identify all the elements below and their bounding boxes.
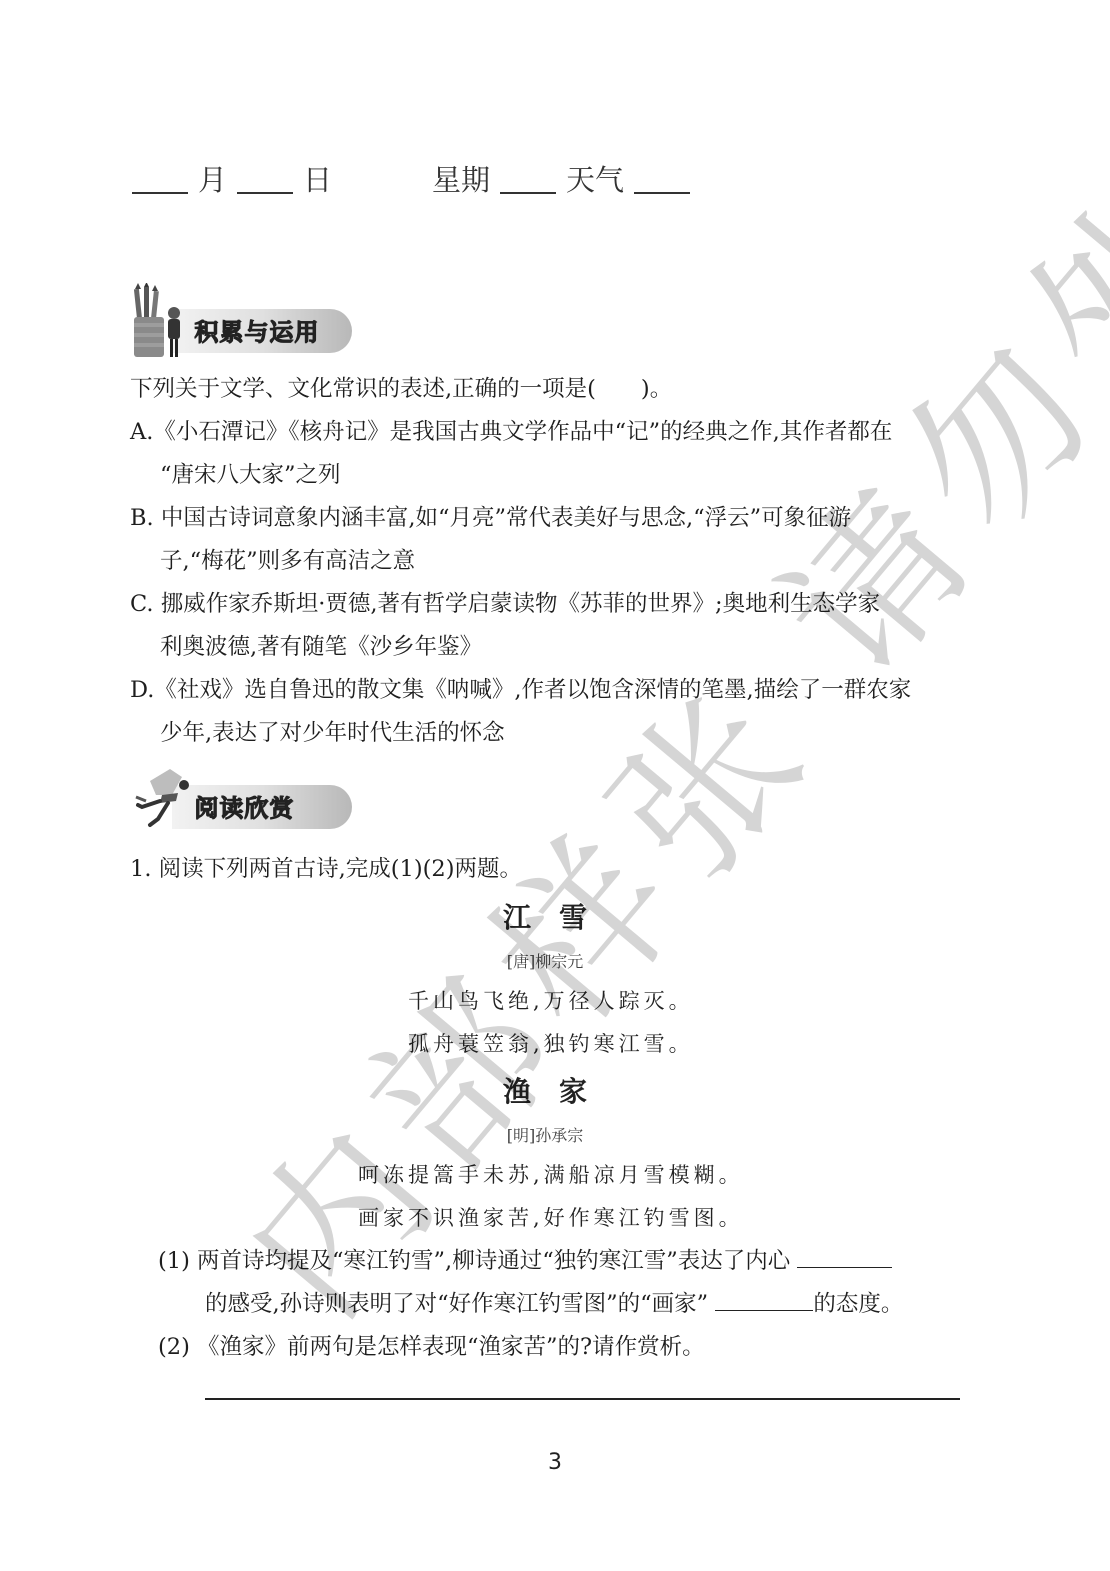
sub-question-text: 两首诗均提及“寒江钓雪”,柳诗通过“独钓寒江雪”表达了内心: [197, 1248, 790, 1274]
option-b[interactable]: B. 中国古诗词意象内涵丰富,如“月亮”常代表美好与思念,“浮云”可象征游: [130, 497, 851, 540]
option-label: D.: [130, 677, 154, 703]
sub-question-2: (2) 《渔家》前两句是怎样表现“渔家苦”的?请作赏析。: [158, 1326, 705, 1369]
month-label: 月: [198, 160, 227, 200]
poem-title: 江 雪: [0, 896, 1090, 939]
weekday-blank[interactable]: [500, 162, 556, 194]
option-text: 中国古诗词意象内涵丰富,如“月亮”常代表美好与思念,“浮云”可象征游: [161, 505, 851, 531]
option-text: 挪威作家乔斯坦·贾德,著有哲学启蒙读物《苏菲的世界》;奥地利生态学家: [161, 591, 880, 617]
workbook-page: 月 日 星期 天气 积累与运用 下列关于文学、文化常识的表述,正确的一项是: [0, 0, 1110, 1571]
answer-blank-1[interactable]: [797, 1241, 892, 1268]
option-d[interactable]: D.《社戏》选自鲁迅的散文集《呐喊》,作者以饱含深情的笔墨,描绘了一群农家: [130, 669, 911, 712]
option-label: C.: [130, 591, 154, 617]
answer-blank-2[interactable]: [715, 1284, 813, 1311]
sub-question-1-continued: 的感受,孙诗则表明了对“好作寒江钓雪图”的“画家” 的态度。: [205, 1283, 903, 1326]
answer-line[interactable]: [205, 1398, 960, 1400]
weather-blank[interactable]: [634, 162, 690, 194]
option-label: A.: [130, 419, 153, 445]
page-number: 3: [0, 1450, 1110, 1475]
day-label: 日: [303, 160, 332, 200]
sub-question-text: 的感受,孙诗则表明了对“好作寒江钓雪图”的“画家”: [205, 1291, 708, 1317]
weather-label: 天气: [566, 160, 624, 200]
poem-line: 千山鸟飞绝,万径人踪灭。: [408, 980, 694, 1023]
month-blank[interactable]: [132, 162, 188, 194]
option-d-continued: 少年,表达了对少年时代生活的怀念: [130, 712, 505, 755]
sub-question-text: 《渔家》前两句是怎样表现“渔家苦”的?请作赏析。: [197, 1334, 705, 1360]
poem-author: [唐]柳宗元: [0, 940, 1090, 983]
section-title: 阅读欣赏: [194, 788, 294, 823]
sub-question-1: (1) 两首诗均提及“寒江钓雪”,柳诗通过“独钓寒江雪”表达了内心: [158, 1240, 892, 1283]
poem-author: [明]孙承宗: [0, 1114, 1090, 1157]
day-blank[interactable]: [237, 162, 293, 194]
option-label: B.: [130, 505, 154, 531]
section-header-accumulation: 积累与运用: [132, 283, 352, 361]
option-a[interactable]: A.《小石潭记》《核舟记》是我国古典文学作品中“记”的经典之作,其作者都在: [130, 411, 892, 454]
option-b-continued: 子,“梅花”则多有高洁之意: [130, 540, 415, 583]
running-reader-icon: [132, 767, 202, 837]
option-a-continued: “唐宋八大家”之列: [130, 454, 341, 497]
option-c[interactable]: C. 挪威作家乔斯坦·贾德,著有哲学启蒙读物《苏菲的世界》;奥地利生态学家: [130, 583, 880, 626]
question-intro: 下列关于文学、文化常识的表述,正确的一项是( )。: [130, 368, 672, 411]
option-text: 《社戏》选自鲁迅的散文集《呐喊》,作者以饱含深情的笔墨,描绘了一群农家: [154, 677, 911, 703]
date-line: 月 日 星期 天气: [132, 160, 700, 200]
weekday-label: 星期: [432, 160, 490, 200]
poem-line: 呵冻提篙手未苏,满船凉月雪模糊。: [358, 1154, 744, 1197]
sub-question-label: (2): [158, 1334, 190, 1360]
poem-title: 渔 家: [0, 1070, 1090, 1113]
section-header-reading: 阅读欣赏: [132, 765, 352, 837]
option-text: 《小石潭记》《核舟记》是我国古典文学作品中“记”的经典之作,其作者都在: [153, 419, 892, 445]
poem-line: 画家不识渔家苦,好作寒江钓雪图。: [358, 1197, 744, 1240]
section-title: 积累与运用: [194, 312, 319, 347]
reading-prompt: 1. 阅读下列两首古诗,完成(1)(2)两题。: [130, 848, 522, 891]
pencil-cup-girl-icon: [132, 283, 192, 361]
poem-line: 孤舟蓑笠翁,独钓寒江雪。: [408, 1023, 694, 1066]
option-c-continued: 利奥波德,著有随笔《沙乡年鉴》: [130, 626, 482, 669]
sub-question-label: (1): [158, 1248, 190, 1274]
sub-question-text: 的态度。: [813, 1291, 903, 1317]
